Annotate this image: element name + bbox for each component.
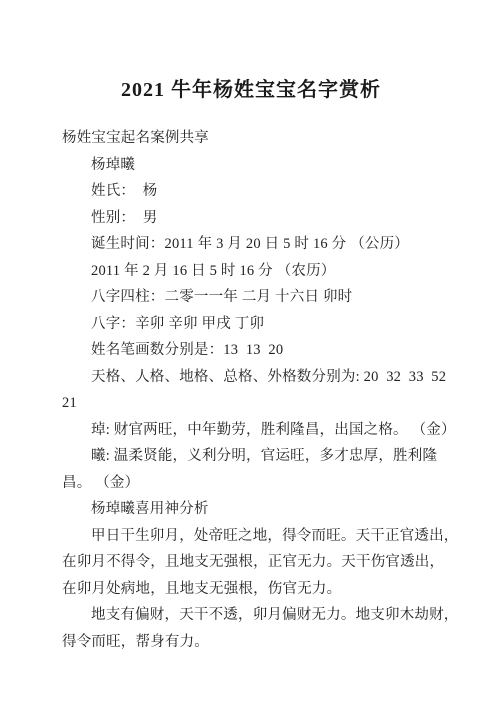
text-line: 曦: 温柔贤能，义利分明，官运旺，多才忠厚，胜利隆 [62,443,440,470]
text-line: 杨琸曦喜用神分析 [62,496,440,523]
text-line: 甲日干生卯月，处帝旺之地，得令而旺。天干正官透出， [62,523,440,550]
text-line: 姓名笔画数分别是：13 13 20 [62,337,440,364]
document-page: 2021 牛年杨姓宝宝名字赏析 杨姓宝宝起名案例共享杨琸曦姓氏： 杨性别： 男诞… [0,0,500,708]
text-line: 得令而旺，帮身有力。 [62,629,440,656]
text-line: 八字四柱：二零一一年 二月 十六日 卯时 [62,284,440,311]
text-line: 2011 年 2 月 16 日 5 时 16 分 （农历） [62,258,440,285]
text-line: 昌。 （金） [62,470,440,497]
text-line: 性别： 男 [62,205,440,232]
text-line: 琸: 财官两旺，中年勤劳，胜利隆昌，出国之格。 （金） [62,417,440,444]
text-line: 杨琸曦 [62,152,440,179]
document-title: 2021 牛年杨姓宝宝名字赏析 [62,76,440,104]
text-line: 在卯月不得令，且地支无强根，正官无力。天干伤官透出， [62,549,440,576]
text-line: 天格、人格、地格、总格、外格数分别为: 20 32 33 52 [62,364,440,391]
text-line: 杨姓宝宝起名案例共享 [62,125,440,152]
text-line: 在卯月处病地，且地支无强根，伤官无力。 [62,576,440,603]
text-line: 八字：辛卯 辛卯 甲戌 丁卯 [62,311,440,338]
document-body: 杨姓宝宝起名案例共享杨琸曦姓氏： 杨性别： 男诞生时间：2011 年 3 月 2… [62,125,440,655]
text-line: 姓氏： 杨 [62,178,440,205]
text-line: 诞生时间：2011 年 3 月 20 日 5 时 16 分 （公历） [62,231,440,258]
text-line: 21 [62,390,440,417]
text-line: 地支有偏财，天干不透，卯月偏财无力。地支卯木劫财， [62,602,440,629]
